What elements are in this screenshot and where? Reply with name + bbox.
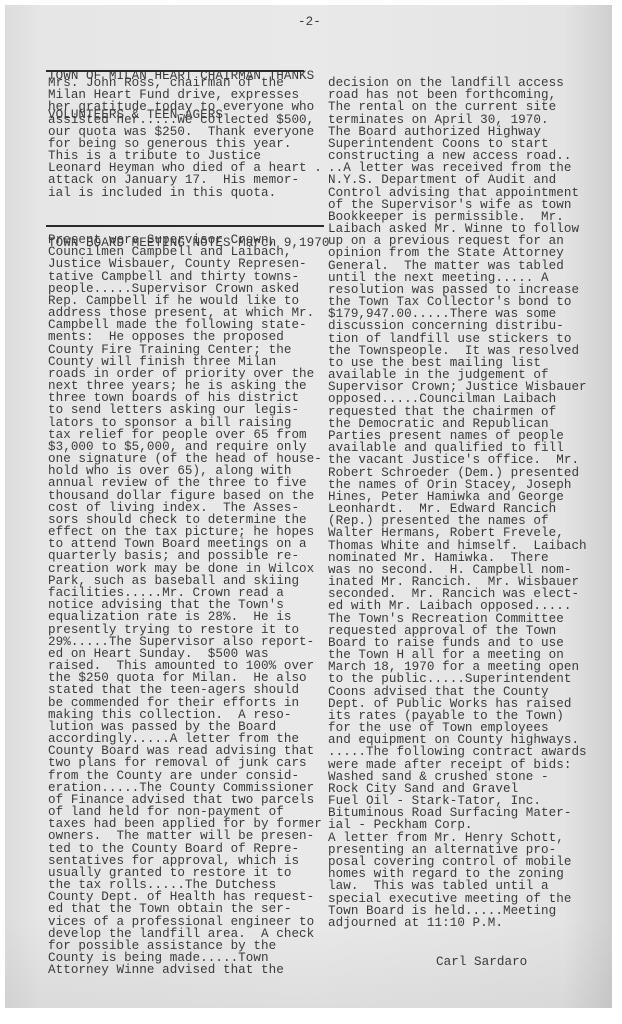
text-line: assisted her.....We collected $500, <box>48 114 322 126</box>
article1-headline-underline <box>46 70 304 72</box>
text-line: to send letters asking our legis- <box>48 404 322 416</box>
text-line: special executive meeting of the <box>328 893 587 905</box>
text-line: tative Campbell and thirty towns- <box>48 271 322 283</box>
article2-right-column: decision on the landfill accessroad has … <box>328 77 587 929</box>
text-line: Robert Schroeder (Dem.) presented <box>328 467 587 479</box>
text-line: opposed.....Councilman Laibach <box>328 393 587 405</box>
text-line: her gratitude today to everyone who <box>48 101 322 113</box>
text-line: Thomas White and himself. Laibach <box>328 540 587 552</box>
text-line: equalization rate is 28%. He is <box>48 611 322 623</box>
article1-body: Mrs. John Ross, chairman of theMilan Hea… <box>48 77 322 199</box>
text-line: creation work may be done in Wilcox <box>48 563 322 575</box>
text-line: General. The matter was tabled <box>328 260 587 272</box>
text-line: stated that the teen-agers should <box>48 684 322 696</box>
text-line: to the public.....Superintendent <box>328 673 587 685</box>
text-line: County Fire Training Center; the <box>48 344 322 356</box>
article2-left-column: Present were Supervisor Crown,Councilmen… <box>48 234 322 976</box>
text-line: owners. The matter will be presen- <box>48 830 322 842</box>
page-number: -2- <box>298 15 321 29</box>
text-line: .....The following contract awards <box>328 746 587 758</box>
text-line: vices of a professional engineer to <box>48 916 322 928</box>
text-line: Control advising that appointment <box>328 187 587 199</box>
text-line: ial - Peckham Corp. <box>328 819 587 831</box>
text-line: opinion from the State Attorney <box>328 247 587 259</box>
text-line: thousand dollar figure based on the <box>48 490 322 502</box>
text-line: ted to the County Board of Repre- <box>48 843 322 855</box>
article2-headline-underline <box>46 225 324 227</box>
text-line: ial is included in this quota. <box>48 187 322 199</box>
text-line: ed that the Town obtain the ser- <box>48 903 322 915</box>
text-line: Attorney Winne advised that the <box>48 964 322 976</box>
text-line: be commended for their efforts in <box>48 697 322 709</box>
text-line: ments: He opposes the proposed <box>48 331 322 343</box>
text-line: tion of landfill use stickers to <box>328 333 587 345</box>
text-line: requested that the chairmen of <box>328 406 587 418</box>
text-line: presently trying to restore it to <box>48 624 322 636</box>
text-line: two plans for removal of junk cars <box>48 757 322 769</box>
text-line: A letter from Mr. Henry Schott, <box>328 832 587 844</box>
text-line: from the County are under consid- <box>48 770 322 782</box>
text-line: Walter Hermans, Robert Frevele, <box>328 527 587 539</box>
text-line: ed with Mr. Laibach opposed..... <box>328 600 587 612</box>
text-line: discussion concerning distribu- <box>328 320 587 332</box>
author-signature: Carl Sardaro <box>436 955 527 969</box>
text-line: adjourned at 11:10 P.M. <box>328 917 587 929</box>
text-line: N.Y.S. Department of Audit and <box>328 174 587 186</box>
text-line: Justice Wisbauer, County Represen- <box>48 258 322 270</box>
text-line: Coons advised that the County <box>328 686 587 698</box>
text-line: annual review of the three to five <box>48 477 322 489</box>
text-line: The rental on the current site <box>328 101 587 113</box>
text-line: The Town's Recreation Committee <box>328 613 587 625</box>
text-line: quarterly basis; and possible re- <box>48 550 322 562</box>
text-line: law. This was tabled until a <box>328 880 587 892</box>
text-line: the vacant Justice's office. Mr. <box>328 454 587 466</box>
text-line: were made after receipt of bids: <box>328 759 587 771</box>
text-line: terminates on April 30, 1970. <box>328 114 587 126</box>
text-line: attack on January 17. His memor- <box>48 174 322 186</box>
text-line: lators to sponsor a bill raising <box>48 417 322 429</box>
